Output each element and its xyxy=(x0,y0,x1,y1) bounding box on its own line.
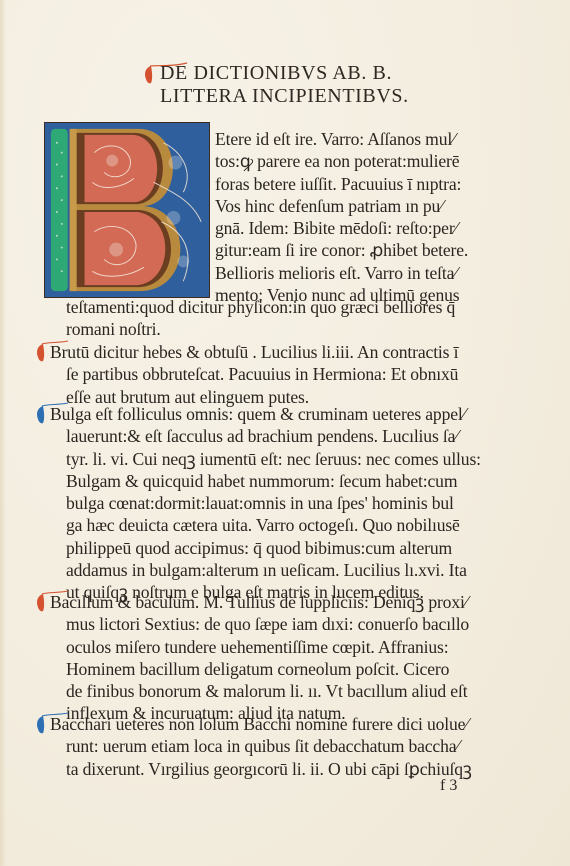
text-line: gitur:eam ſi ire conor: ꝓhibet betere. xyxy=(215,239,468,261)
text-line: Hominem bacillum deligatum corneolum poſ… xyxy=(50,658,469,680)
entry-bacchari: Bacchari ueteres non ſolum Bacchi nomine… xyxy=(50,713,472,780)
text-line: Bulga eſt folliculus omnis: quem & crumi… xyxy=(50,403,481,425)
text-line: Brutū dicitur hebes & obtuſū . Lucilius … xyxy=(50,341,458,363)
text-line: Bacchari ueteres non ſolum Bacchi nomine… xyxy=(50,713,472,735)
pilcrow-blue-icon xyxy=(34,714,50,736)
entry-bulga: Bulga eſt folliculus omnis: quem & crumi… xyxy=(50,403,481,604)
entry-bacillum: Bacıllum & baculum. M. Tullius de ſuppli… xyxy=(50,591,469,725)
pilcrow-red-icon xyxy=(34,342,50,364)
text-line: Vos hinc defenſum patriam ın pu⁄ xyxy=(215,195,468,217)
heading-line-2: LITTERA INCIPIENTIBVS. xyxy=(146,85,409,108)
heading-line-1: DE DICTIONIBVS AB. B. xyxy=(146,62,409,85)
text-line: gnā. Idem: Bibite mēdoſi: reſto:per⁄ xyxy=(215,217,468,239)
text-line: de finibus bonorum & malorum li. ıı. Vt … xyxy=(50,680,469,702)
text-line: tyr. li. vi. Cui neqꝫ iumentū eſt: nec ſ… xyxy=(50,448,481,470)
text-line: romani noſtri. xyxy=(66,318,455,340)
text-line: lauerunt:& eſt ſacculus ad brachium pend… xyxy=(50,425,481,447)
illuminated-initial-b xyxy=(44,122,210,298)
text-line: ta dixerunt. Vırgilius georgıcorū li. ii… xyxy=(50,758,472,780)
entry-brutum: Brutū dicitur hebes & obtuſū . Lucilius … xyxy=(50,341,458,408)
text-line: addamus in bulgam:alterum ın ueſicam. Lu… xyxy=(50,559,481,581)
text-line: ga hæc deuicta cætera uita. Varro octoge… xyxy=(50,514,481,536)
pilcrow-blue-icon xyxy=(34,404,50,426)
text-line: tos:ꝙ parere ea non poterat:mulierē xyxy=(215,150,468,172)
text-line: Bulgam & quicquid habet nummorum: ſecum … xyxy=(50,470,481,492)
book-page: DE DICTIONIBVS AB. B. LITTERA INCIPIENTI… xyxy=(0,0,570,866)
signature-mark: f 3 xyxy=(440,777,457,795)
page-edge-shadow xyxy=(0,0,6,866)
text-line: mus lictori Sextius: de quo ſæpe iam dıx… xyxy=(50,613,469,635)
text-line: Etere id eſt ire. Varro: Aſſanos mul⁄ xyxy=(215,128,468,150)
text-line: Bacıllum & baculum. M. Tullius de ſuppli… xyxy=(50,591,469,613)
text-line: teſtamenti:quod dicitur phyſicon:in quo … xyxy=(66,296,455,318)
text-line: foras betere iuſſit. Pacuuius ī nıptra: xyxy=(215,173,468,195)
entry-betere: Etere id eſt ire. Varro: Aſſanos mul⁄ to… xyxy=(215,128,468,306)
entry-betere-continued: teſtamenti:quod dicitur phyſicon:in quo … xyxy=(66,296,455,341)
text-line: runt: uerum etiam loca in quibus ſit deb… xyxy=(50,735,472,757)
text-line: philippeū quod accipimus: q̄ quod bibimu… xyxy=(50,537,481,559)
text-line: oculos miſero tundere uehementiſſime cœp… xyxy=(50,636,469,658)
pilcrow-red-icon xyxy=(34,592,50,614)
text-line: ſe partibus obbruteſcat. Pacuuius in Her… xyxy=(50,363,458,385)
text-line: bulga cœnat:dormit:lauat:omnis in una ſp… xyxy=(50,492,481,514)
text-line: Bellioris melioris eſt. Varro in teſta⁄ xyxy=(215,262,468,284)
section-heading: DE DICTIONIBVS AB. B. LITTERA INCIPIENTI… xyxy=(146,62,409,108)
